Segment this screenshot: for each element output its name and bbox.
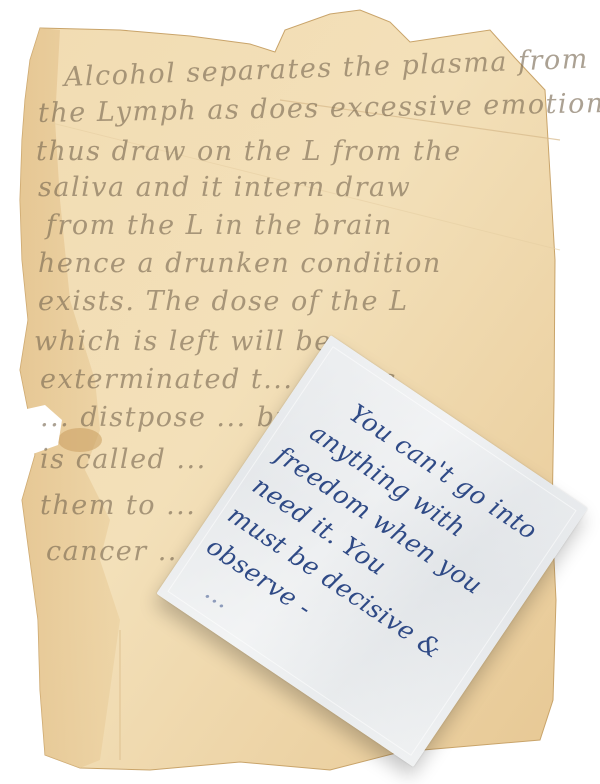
pencil-line: them to ... bbox=[40, 490, 196, 521]
pencil-line: which is left will be bbox=[34, 326, 332, 357]
pencil-line: Alcohol separates the plasma from bbox=[63, 44, 589, 93]
photo-stage: Alcohol separates the plasma from the Ly… bbox=[0, 0, 600, 784]
pencil-line: exists. The dose of the L bbox=[38, 286, 409, 317]
ink-line: ... bbox=[200, 576, 237, 614]
pencil-line: the Lymph as does excessive emotion (3P) bbox=[38, 87, 600, 129]
pencil-line: thus draw on the L from the bbox=[36, 136, 462, 167]
pencil-line: saliva and it intern draw bbox=[38, 172, 411, 203]
pencil-line: is called ... bbox=[40, 444, 207, 475]
pencil-line: from the L in the brain bbox=[46, 210, 393, 241]
pencil-line: cancer ... bbox=[46, 536, 188, 567]
pencil-line: hence a drunken condition bbox=[38, 248, 442, 279]
